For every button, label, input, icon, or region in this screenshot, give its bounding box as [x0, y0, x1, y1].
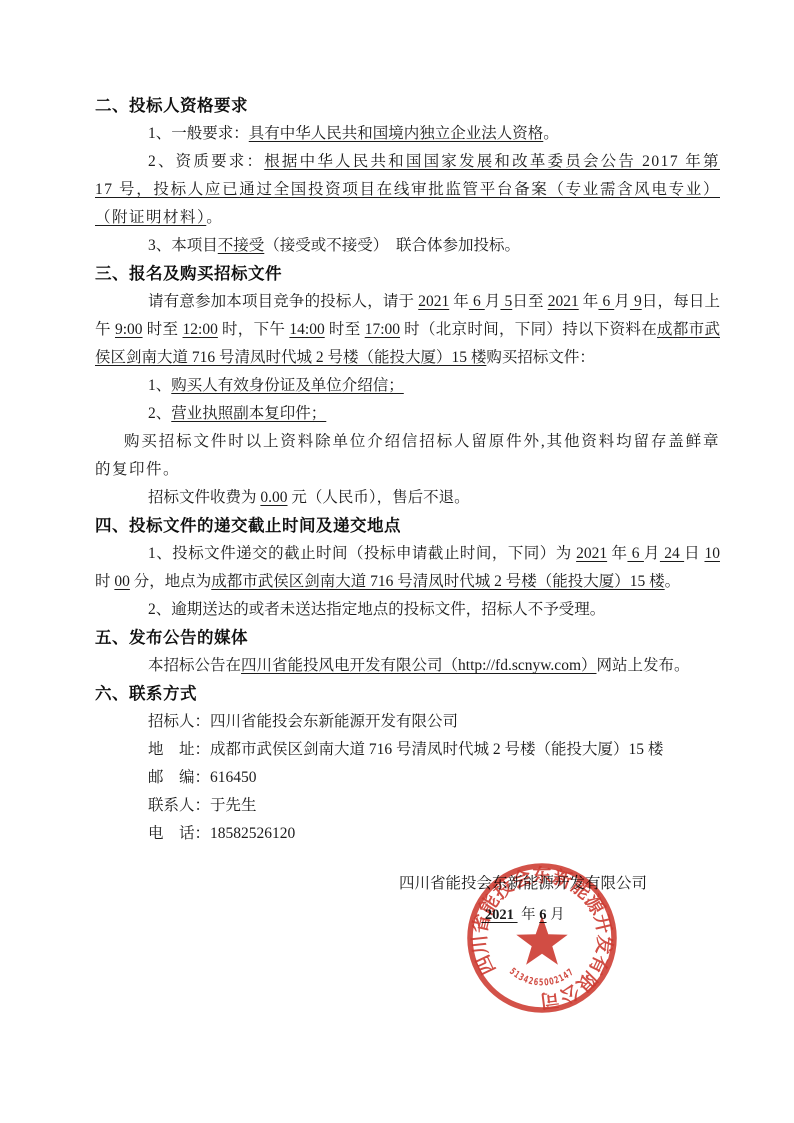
text-run: （接受或不接受） 联合体参加投标。: [264, 237, 520, 254]
text-run: 招标文件收费为: [148, 489, 260, 506]
paragraph-purchase-time-place: 请有意参加本项目竞争的投标人，请于 2021 年 6 月 5日至 2021 年 …: [95, 288, 720, 372]
paragraph-general-requirement: 1、一般要求：具有中华人民共和国境内独立企业法人资格。: [95, 120, 720, 148]
text-run: 时至: [325, 321, 365, 338]
svg-text:5134265002147: 5134265002147: [507, 966, 576, 988]
text-run: 日: [684, 545, 704, 562]
text-run: 时: [95, 573, 114, 590]
text-run: 2、逾期送达的或者未送达指定地点的投标文件，招标人不予受理。: [148, 601, 605, 618]
paragraph-document-fee: 招标文件收费为 0.00 元（人民币），售后不退。: [95, 484, 720, 512]
text-run: 月: [644, 545, 660, 562]
paragraph-consortium: 3、本项目不接受（接受或不接受） 联合体参加投标。: [95, 232, 720, 260]
text-run: 12:00: [183, 321, 218, 338]
signature-block: 四川省能投会东新能源开发有限公司 2021 年 6 月: [399, 870, 647, 929]
text-run: 6: [539, 907, 546, 923]
section-heading-announcement-media: 五、发布公告的媒体: [95, 624, 720, 652]
text-run: 9:00: [115, 321, 143, 338]
text-run: 时至: [143, 321, 183, 338]
contact-person: 联系人：于先生: [95, 792, 720, 820]
text-run: 分，地点为: [130, 573, 211, 590]
text-run: 请有意参加本项目竞争的投标人，请于: [148, 293, 418, 310]
signature-date: 2021 年 6 月: [399, 901, 647, 929]
text-run: 1、: [148, 377, 171, 394]
text-run: 2、资质要求：: [148, 153, 264, 170]
signature-company-name: 四川省能投会东新能源开发有限公司: [399, 870, 647, 898]
section-heading-contact: 六、联系方式: [95, 680, 720, 708]
list-item-id-card: 1、购买人有效身份证及单位介绍信；: [95, 372, 720, 400]
text-run: 6: [627, 545, 643, 562]
text-run: 17:00: [365, 321, 400, 338]
text-run: 营业执照副本复印件；: [171, 405, 326, 422]
paragraph-qualification-requirement: 2、资质要求：根据中华人民共和国国家发展和改革委员会公告 2017 年第 17 …: [95, 148, 720, 232]
text-run: 时（北京时间，下同）持以下资料在: [400, 321, 657, 338]
text-run: 购买招标文件时以上资料除单位介绍信招标人留原件外,其他资料均留存盖鲜章的复印件。: [95, 433, 720, 478]
text-run: 1、投标文件递交的截止时间（投标申请截止时间，下同）为: [148, 545, 576, 562]
text-run: 1、一般要求：: [148, 125, 249, 142]
paragraph-document-copies: 购买招标文件时以上资料除单位介绍信招标人留原件外,其他资料均留存盖鲜章的复印件。: [95, 428, 720, 484]
text-run: 网站上发布。: [597, 657, 690, 674]
text-run: 2、: [148, 405, 171, 422]
text-run: 6: [598, 293, 614, 310]
contact-phone: 电 话：18582526120: [95, 820, 720, 848]
text-run: 0.00: [260, 489, 287, 506]
text-run: 14:00: [289, 321, 324, 338]
text-run: 具有中华人民共和国境内独立企业法人资格: [249, 125, 544, 142]
text-run: 年: [579, 293, 599, 310]
paragraph-deadline: 1、投标文件递交的截止时间（投标申请截止时间，下同）为 2021 年 6 月 2…: [95, 540, 720, 596]
text-run: 本招标公告在: [148, 657, 241, 674]
text-run: 年: [607, 545, 627, 562]
list-item-business-license: 2、营业执照副本复印件；: [95, 400, 720, 428]
text-run: 购买招标文件：: [486, 349, 595, 366]
text-run: 月: [614, 293, 630, 310]
section-heading-bidder-qualification: 二、投标人资格要求: [95, 92, 720, 120]
seal-number: 5134265002147: [507, 966, 576, 988]
text-run: 月: [547, 907, 565, 923]
text-run: 年: [518, 907, 540, 923]
text-run: 。: [206, 209, 223, 226]
document-page: 二、投标人资格要求 1、一般要求：具有中华人民共和国境内独立企业法人资格。 2、…: [0, 0, 794, 1123]
text-run: 成都市武侯区剑南大道 716 号清凤时代城 2 号楼（能投大厦）15 楼: [211, 573, 664, 590]
text-run: 9: [630, 293, 642, 310]
text-run: 。: [543, 125, 559, 142]
text-run: 2021: [481, 907, 517, 923]
text-run: 不接受: [218, 237, 265, 254]
text-run: 3、本项目: [148, 237, 218, 254]
contact-tenderer: 招标人：四川省能投会东新能源开发有限公司: [95, 708, 720, 736]
text-run: 6: [469, 293, 485, 310]
text-run: 月: [485, 293, 501, 310]
text-run: 24: [660, 545, 684, 562]
text-run: 5: [500, 293, 512, 310]
section-heading-submission-deadline: 四、投标文件的递交截止时间及递交地点: [95, 512, 720, 540]
text-run: 10: [704, 545, 720, 562]
section-heading-registration-purchase: 三、报名及购买招标文件: [95, 260, 720, 288]
text-run: 购买人有效身份证及单位介绍信；: [171, 377, 404, 394]
text-run: 2021: [418, 293, 449, 310]
text-run: 。: [665, 573, 681, 590]
contact-address: 地 址：成都市武侯区剑南大道 716 号清凤时代城 2 号楼（能投大厦）15 楼: [95, 736, 720, 764]
text-run: 时，下午: [218, 321, 290, 338]
contact-postcode: 邮 编：616450: [95, 764, 720, 792]
paragraph-late-submission: 2、逾期送达的或者未送达指定地点的投标文件，招标人不予受理。: [95, 596, 720, 624]
text-run: 元（人民币），售后不退。: [288, 489, 470, 506]
paragraph-website: 本招标公告在四川省能投风电开发有限公司（http://fd.scnyw.com）…: [95, 652, 720, 680]
text-run: 2021: [576, 545, 607, 562]
text-run: 2021: [548, 293, 579, 310]
text-run: 日至: [512, 293, 548, 310]
text-run: 四川省能投风电开发有限公司（http://fd.scnyw.com）: [241, 657, 596, 674]
text-run: 年: [449, 293, 469, 310]
text-run: 00: [114, 573, 130, 590]
